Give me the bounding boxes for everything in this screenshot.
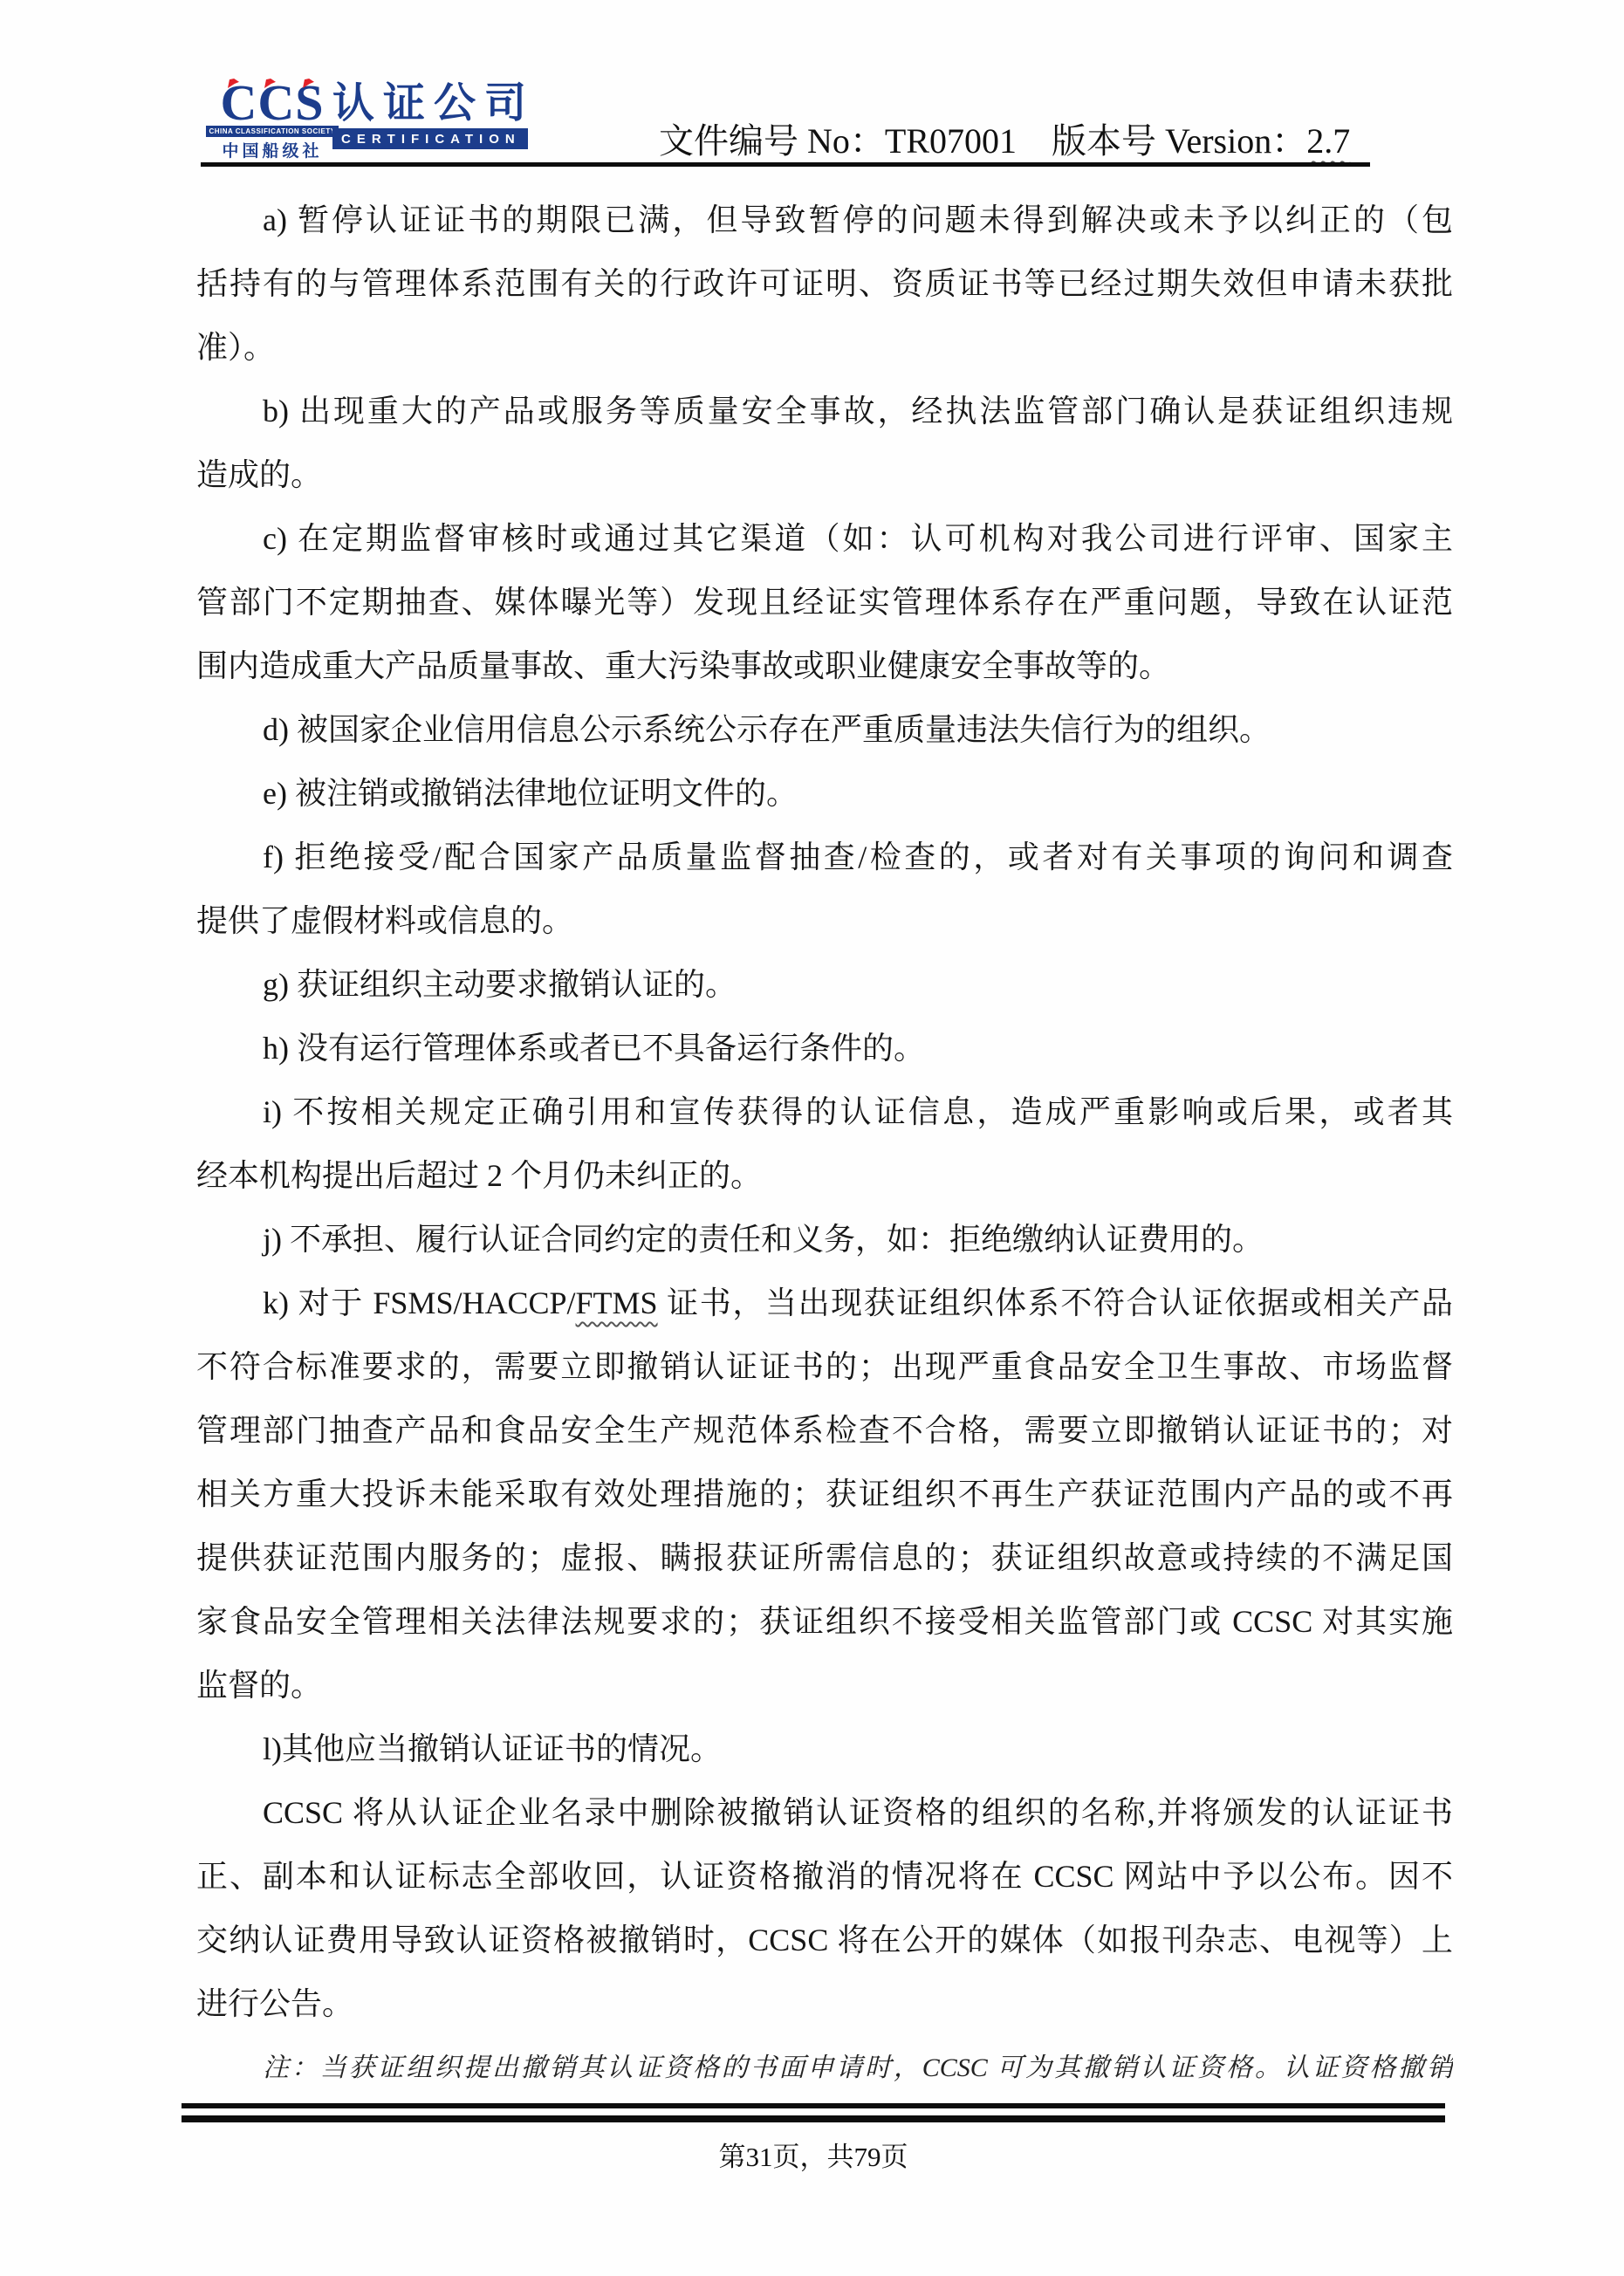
body-line: l)其他应当撤销认证证书的情况。 <box>196 1717 1453 1781</box>
line-text: d) 被国家企业信用信息公示系统公示存在严重质量违法失信行为的组织。 <box>263 712 1271 747</box>
body-line: g) 获证组织主动要求撤销认证的。 <box>196 953 1453 1017</box>
header-rule <box>201 162 1370 167</box>
line-text: CCSC 将从认证企业名录中删除被撤销认证资格的组织的名称,并将颁发的认证证书 <box>263 1795 1453 1830</box>
line-text: 经本机构提出后超过 2 个月仍未纠正的。 <box>196 1158 762 1193</box>
body-line: b) 出现重大的产品或服务等质量安全事故，经执法监管部门确认是获证组织违规 <box>196 380 1453 443</box>
body-line: 不符合标准要求的，需要立即撤销认证证书的；出现严重食品安全卫生事故、市场监督 <box>196 1335 1453 1399</box>
body-line: 围内造成重大产品质量事故、重大污染事故或职业健康安全事故等的。 <box>196 634 1453 698</box>
body-line: 交纳认证费用导致认证资格被撤销时，CCSC 将在公开的媒体（如报刊杂志、电视等）… <box>196 1909 1453 1972</box>
line-text: c) 在定期监督审核时或通过其它渠道（如：认可机构对我公司进行评审、国家主 <box>263 521 1453 556</box>
body-line: 提供获证范围内服务的；虚报、瞒报获证所需信息的；获证组织故意或持续的不满足国 <box>196 1526 1453 1590</box>
doc-number-field: 文件编号 No：TR07001 <box>659 113 1017 163</box>
body-line: 提供了虚假材料或信息的。 <box>196 889 1453 953</box>
body-line: c) 在定期监督审核时或通过其它渠道（如：认可机构对我公司进行评审、国家主 <box>196 507 1453 571</box>
body-line: a) 暂停认证证书的期限已满，但导致暂停的问题未得到解决或未予以纠正的（包 <box>196 189 1453 252</box>
body-line: 造成的。 <box>196 443 1453 507</box>
line-text: 准）。 <box>196 330 275 365</box>
body-line: f) 拒绝接受/配合国家产品质量监督抽查/检查的，或者对有关事项的询问和调查 <box>196 826 1453 889</box>
body-line: 监督的。 <box>196 1654 1453 1717</box>
logo-left-block: CCS CHINA CLASSIFICATION SOCIETY 中国船级社 <box>223 82 322 161</box>
line-text: 提供了虚假材料或信息的。 <box>196 903 573 938</box>
body-line: k) 对于 FSMS/HACCP/FTMS 证书，当出现获证组织体系不符合认证依… <box>196 1272 1453 1335</box>
body-line: d) 被国家企业信用信息公示系统公示存在严重质量违法失信行为的组织。 <box>196 698 1453 762</box>
line-text: l)其他应当撤销认证证书的情况。 <box>263 1731 722 1766</box>
company-cn-text: 认证公司 <box>332 82 535 126</box>
body-line: 家食品安全管理相关法律法规要求的；获证组织不接受相关监管部门或 CCSC 对其实… <box>196 1590 1453 1654</box>
line-text: b) 出现重大的产品或服务等质量安全事故，经执法监管部门确认是获证组织违规 <box>263 394 1453 428</box>
line-text: 家食品安全管理相关法律法规要求的；获证组织不接受相关监管部门或 CCSC 对其实… <box>196 1604 1453 1639</box>
body-line: 准）。 <box>196 316 1453 380</box>
body-line: i) 不按相关规定正确引用和宣传获得的认证信息，造成严重影响或后果，或者其 <box>196 1080 1453 1144</box>
line-text: f) 拒绝接受/配合国家产品质量监督抽查/检查的，或者对有关事项的询问和调查 <box>263 840 1453 874</box>
note-line: 注：当获证组织提出撤销其认证资格的书面申请时，CCSC 可为其撤销认证资格。认证… <box>196 2036 1453 2100</box>
line-text: 管部门不定期抽查、媒体曝光等）发现且经证实管理体系存在严重问题，导致在认证范 <box>196 585 1453 620</box>
line-text: k) 对于 FSMS/HACCP/ <box>263 1285 576 1320</box>
society-cn-text: 中国船级社 <box>223 138 323 161</box>
version-label: 版本号 Version： <box>1052 121 1306 161</box>
page-number: 第31页，共79页 <box>182 2135 1445 2174</box>
document-page: CCS CHINA CLASSIFICATION SOCIETY 中国船级社 认… <box>0 0 1624 2276</box>
line-text: i) 不按相关规定正确引用和宣传获得的认证信息，造成严重影响或后果，或者其 <box>263 1094 1453 1129</box>
body-line: 经本机构提出后超过 2 个月仍未纠正的。 <box>196 1144 1453 1208</box>
logo-right-block: 认证公司 CERTIFICATION <box>332 82 535 161</box>
line-text: 括持有的与管理体系范围有关的行政许可证明、资质证书等已经过期失效但申请未获批 <box>196 266 1453 301</box>
body-line: 管部门不定期抽查、媒体曝光等）发现且经证实管理体系存在严重问题，导致在认证范 <box>196 571 1453 634</box>
footer-rule-top <box>182 2103 1445 2108</box>
certification-banner: CERTIFICATION <box>332 128 528 149</box>
body-line: 正、副本和认证标志全部收回，认证资格撤消的情况将在 CCSC 网站中予以公布。因… <box>196 1845 1453 1909</box>
line-text: 监督的。 <box>196 1668 322 1703</box>
body-line: 相关方重大投诉未能采取有效处理措施的；获证组织不再生产获证范围内产品的或不再 <box>196 1463 1453 1526</box>
body-line: e) 被注销或撤销法律地位证明文件的。 <box>196 762 1453 826</box>
footer-rule-bottom <box>182 2115 1445 2122</box>
line-text: 围内造成重大产品质量事故、重大污染事故或职业健康安全事故等的。 <box>196 648 1170 683</box>
doc-number-value: TR07001 <box>885 121 1017 161</box>
line-text: 进行公告。 <box>196 1986 353 2021</box>
body-line: 管理部门抽查产品和食品安全生产规范体系检查不合格，需要立即撤销认证证书的；对 <box>196 1399 1453 1463</box>
version-field: 版本号 Version：2.7 <box>1052 113 1350 163</box>
body-line: h) 没有运行管理体系或者已不具备运行条件的。 <box>196 1017 1453 1080</box>
document-body: a) 暂停认证证书的期限已满，但导致暂停的问题未得到解决或未予以纠正的（包括持有… <box>196 189 1453 2100</box>
ccs-logo-text: CCS <box>220 82 324 124</box>
line-text: 管理部门抽查产品和食品安全生产规范体系检查不合格，需要立即撤销认证证书的；对 <box>196 1413 1453 1448</box>
line-text: h) 没有运行管理体系或者已不具备运行条件的。 <box>263 1031 925 1066</box>
line-text: 证书，当出现获证组织体系不符合认证依据或相关产品 <box>658 1285 1453 1320</box>
body-line: 括持有的与管理体系范围有关的行政许可证明、资质证书等已经过期失效但申请未获批 <box>196 252 1453 316</box>
wavy-underlined-text: FTMS <box>576 1285 658 1320</box>
line-text: 提供获证范围内服务的；虚报、瞒报获证所需信息的；获证组织故意或持续的不满足国 <box>196 1540 1453 1575</box>
company-logo: CCS CHINA CLASSIFICATION SOCIETY 中国船级社 认… <box>223 82 535 161</box>
line-text: 不符合标准要求的，需要立即撤销认证证书的；出现严重食品安全卫生事故、市场监督 <box>196 1349 1453 1384</box>
body-line: j) 不承担、履行认证合同约定的责任和义务，如：拒绝缴纳认证费用的。 <box>196 1208 1453 1272</box>
line-text: j) 不承担、履行认证合同约定的责任和义务，如：拒绝缴纳认证费用的。 <box>263 1222 1264 1257</box>
line-text: e) 被注销或撤销法律地位证明文件的。 <box>263 776 798 811</box>
doc-number-label: 文件编号 No： <box>659 121 885 161</box>
line-text: 注：当获证组织提出撤销其认证资格的书面申请时，CCSC 可为其撤销认证资格。认证… <box>263 2053 1453 2082</box>
body-line: CCSC 将从认证企业名录中删除被撤销认证资格的组织的名称,并将颁发的认证证书 <box>196 1781 1453 1845</box>
line-text: a) 暂停认证证书的期限已满，但导致暂停的问题未得到解决或未予以纠正的（包 <box>263 202 1453 237</box>
line-text: 正、副本和认证标志全部收回，认证资格撤消的情况将在 CCSC 网站中予以公布。因… <box>196 1859 1453 1894</box>
line-text: 交纳认证费用导致认证资格被撤销时，CCSC 将在公开的媒体（如报刊杂志、电视等）… <box>196 1923 1453 1957</box>
line-text: 造成的。 <box>196 457 322 492</box>
body-line: 进行公告。 <box>196 1972 1453 2036</box>
version-value: 2.7 <box>1306 121 1350 161</box>
line-text: 相关方重大投诉未能采取有效处理措施的；获证组织不再生产获证范围内产品的或不再 <box>196 1477 1453 1512</box>
line-text: g) 获证组织主动要求撤销认证的。 <box>263 967 737 1002</box>
